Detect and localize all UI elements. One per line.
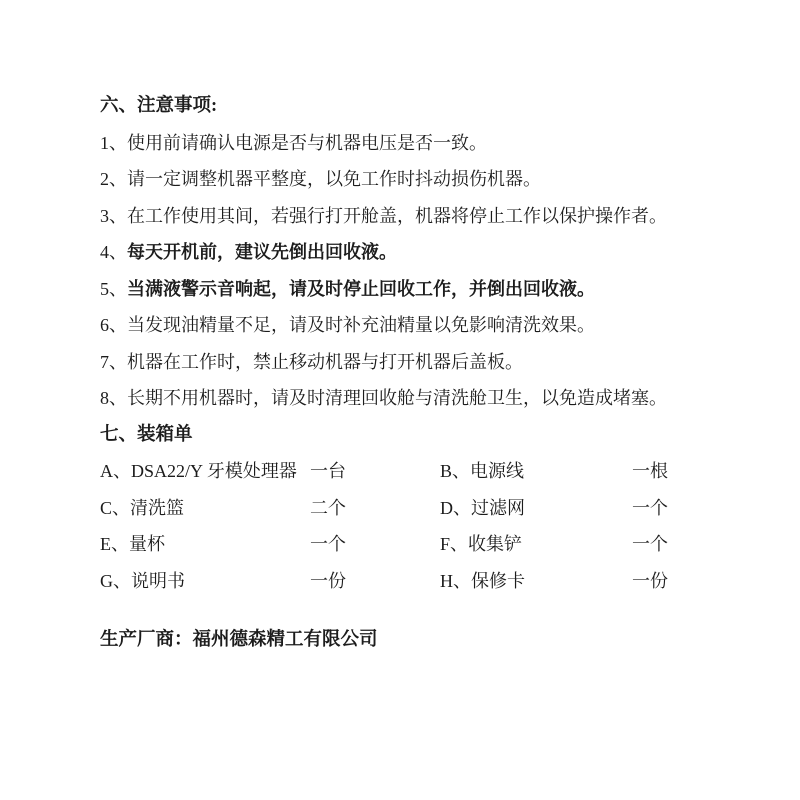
packing-item-qty: 一份 bbox=[632, 563, 700, 600]
notice-item-4: 4、每天开机前，建议先倒出回收液。 bbox=[100, 234, 700, 271]
packing-item-label: G、说明书 bbox=[100, 563, 310, 600]
packing-item-label: F、收集铲 bbox=[440, 526, 632, 563]
packing-item-label: E、量杯 bbox=[100, 526, 310, 563]
packing-item-label: C、清洗篮 bbox=[100, 490, 310, 527]
notice-section-heading: 六、注意事项: bbox=[100, 88, 700, 125]
notice-item-number: 1、 bbox=[100, 125, 127, 162]
packing-row: A、DSA22/Y 牙模处理器 一台 B、电源线 一根 bbox=[100, 453, 700, 490]
notice-item-3: 3、在工作使用其间，若强行打开舱盖，机器将停止工作以保护操作者。 bbox=[100, 198, 700, 235]
notice-item-text: 当满液警示音响起，请及时停止回收工作，并倒出回收液。 bbox=[127, 279, 595, 299]
packing-row: C、清洗篮 二个 D、过滤网 一个 bbox=[100, 490, 700, 527]
notice-item-number: 3、 bbox=[100, 198, 127, 235]
packing-row: E、量杯 一个 F、收集铲 一个 bbox=[100, 526, 700, 563]
packing-item-qty: 一个 bbox=[632, 526, 700, 563]
document-page: 六、注意事项: 1、使用前请确认电源是否与机器电压是否一致。 2、请一定调整机器… bbox=[0, 0, 800, 800]
notice-item-text: 在工作使用其间，若强行打开舱盖，机器将停止工作以保护操作者。 bbox=[127, 206, 667, 226]
packing-row: G、说明书 一份 H、保修卡 一份 bbox=[100, 563, 700, 600]
notice-item-6: 6、当发现油精量不足，请及时补充油精量以免影响清洗效果。 bbox=[100, 307, 700, 344]
notice-item-number: 6、 bbox=[100, 307, 127, 344]
notice-item-7: 7、机器在工作时，禁止移动机器与打开机器后盖板。 bbox=[100, 344, 700, 381]
packing-item-qty: 二个 bbox=[310, 490, 440, 527]
notice-item-5: 5、当满液警示音响起，请及时停止回收工作，并倒出回收液。 bbox=[100, 271, 700, 308]
notice-item-text: 当发现油精量不足，请及时补充油精量以免影响清洗效果。 bbox=[127, 315, 595, 335]
document-content: 六、注意事项: 1、使用前请确认电源是否与机器电压是否一致。 2、请一定调整机器… bbox=[100, 88, 700, 659]
packing-item-label: D、过滤网 bbox=[440, 490, 632, 527]
packing-section-heading: 七、装箱单 bbox=[100, 417, 700, 454]
packing-item-label: A、DSA22/Y 牙模处理器 bbox=[100, 453, 310, 490]
notice-item-text: 每天开机前，建议先倒出回收液。 bbox=[127, 242, 397, 262]
manufacturer-line: 生产厂商：福州德森精工有限公司 bbox=[100, 622, 700, 659]
notice-item-8: 8、长期不用机器时，请及时清理回收舱与清洗舱卫生，以免造成堵塞。 bbox=[100, 380, 700, 417]
notice-item-text: 使用前请确认电源是否与机器电压是否一致。 bbox=[127, 133, 487, 153]
packing-item-qty: 一个 bbox=[310, 526, 440, 563]
notice-item-text: 长期不用机器时，请及时清理回收舱与清洗舱卫生，以免造成堵塞。 bbox=[127, 388, 667, 408]
notice-item-number: 5、 bbox=[100, 271, 127, 308]
packing-item-qty: 一个 bbox=[632, 490, 700, 527]
notice-item-2: 2、请一定调整机器平整度，以免工作时抖动损伤机器。 bbox=[100, 161, 700, 198]
notice-item-1: 1、使用前请确认电源是否与机器电压是否一致。 bbox=[100, 125, 700, 162]
packing-item-label: H、保修卡 bbox=[440, 563, 632, 600]
packing-item-qty: 一台 bbox=[310, 453, 440, 490]
notice-item-number: 4、 bbox=[100, 234, 127, 271]
notice-item-text: 机器在工作时，禁止移动机器与打开机器后盖板。 bbox=[127, 352, 523, 372]
notice-item-number: 8、 bbox=[100, 380, 127, 417]
packing-item-qty: 一根 bbox=[632, 453, 700, 490]
packing-item-qty: 一份 bbox=[310, 563, 440, 600]
notice-item-text: 请一定调整机器平整度，以免工作时抖动损伤机器。 bbox=[127, 169, 541, 189]
notice-item-number: 7、 bbox=[100, 344, 127, 381]
packing-item-label: B、电源线 bbox=[440, 453, 632, 490]
notice-item-number: 2、 bbox=[100, 161, 127, 198]
